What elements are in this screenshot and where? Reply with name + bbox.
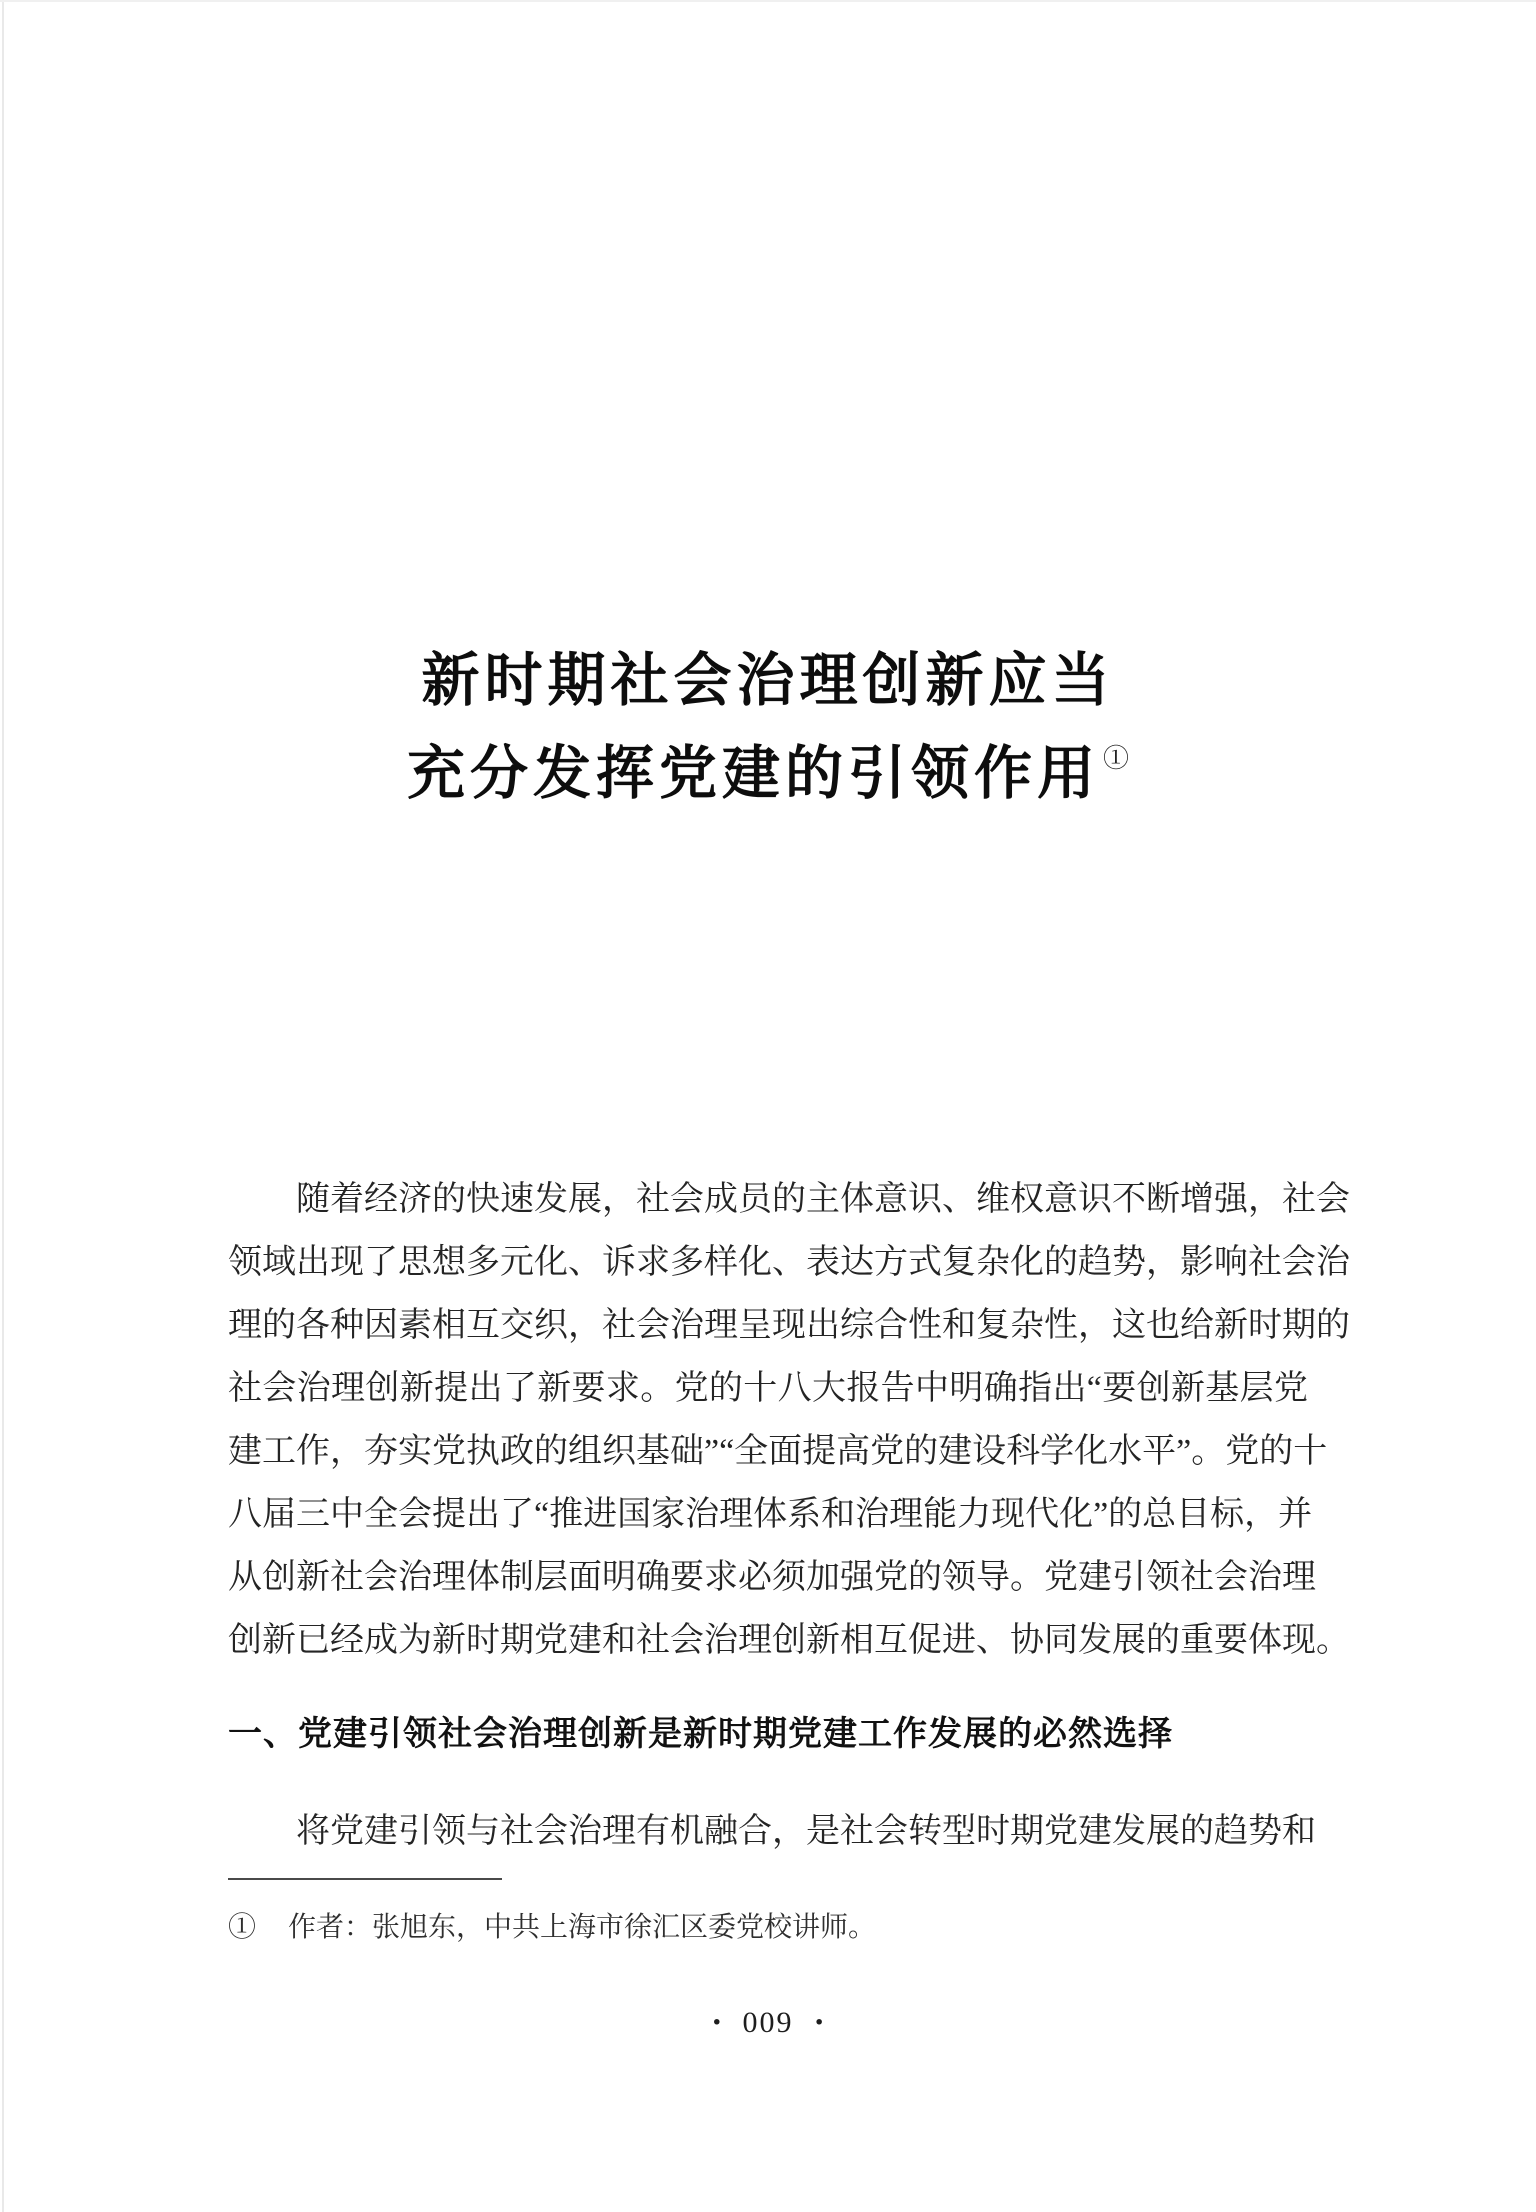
book-page: 新时期社会治理创新应当 充分发挥党建的引领作用① 随着经济的快速发展，社会成员的…: [0, 0, 1536, 2212]
paragraph-line: 随着经济的快速发展，社会成员的主体意识、维权意识不断增强，社会: [228, 1168, 1308, 1231]
paragraph-line: 八届三中全会提出了“推进国家治理体系和治理能力现代化”的总目标，并: [228, 1483, 1308, 1546]
chapter-title-line-2: 充分发挥党建的引领作用①: [0, 727, 1536, 831]
chapter-title-line-1: 新时期社会治理创新应当: [0, 634, 1536, 727]
paragraph-line: 领域出现了思想多元化、诉求多样化、表达方式复杂化的趋势，影响社会治: [228, 1231, 1308, 1294]
paragraph-line: 建工作，夯实党执政的组织基础”“全面提高党的建设科学化水平”。党的十: [228, 1420, 1308, 1483]
page-number-value: 009: [743, 2006, 794, 2039]
paragraph-line: 从创新社会治理体制层面明确要求必须加强党的领导。党建引领社会治理: [228, 1546, 1308, 1609]
footnote-text: 作者：张旭东，中共上海市徐汇区委党校讲师。: [288, 1912, 876, 1943]
paragraph-line: 社会治理创新提出了新要求。党的十八大报告中明确指出“要创新基层党: [228, 1357, 1308, 1420]
footnote: ①作者：张旭东，中共上海市徐汇区委党校讲师。: [228, 1906, 1308, 1950]
chapter-title-line-2-text: 充分发挥党建的引领作用: [407, 741, 1100, 806]
footnote-reference-marker: ①: [1103, 744, 1129, 773]
page-number-dot-left: ·: [711, 2004, 722, 2041]
page-edge-top: [0, 0, 1536, 2]
footnote-divider: [228, 1878, 502, 1880]
paragraph-2: 将党建引领与社会治理有机融合，是社会转型时期党建发展的趋势和: [228, 1800, 1308, 1863]
chapter-title: 新时期社会治理创新应当 充分发挥党建的引领作用①: [0, 634, 1536, 831]
page-edge-left: [2, 0, 4, 2212]
section-heading: 一、党建引领社会治理创新是新时期党建工作发展的必然选择: [228, 1708, 1308, 1760]
paragraph-line: 将党建引领与社会治理有机融合，是社会转型时期党建发展的趋势和: [228, 1800, 1308, 1863]
paragraph-line: 理的各种因素相互交织，社会治理呈现出综合性和复杂性，这也给新时期的: [228, 1294, 1308, 1357]
footnote-marker: ①: [228, 1912, 256, 1943]
page-number-dot-right: ·: [814, 2004, 825, 2041]
paragraph-line: 创新已经成为新时期党建和社会治理创新相互促进、协同发展的重要体现。: [228, 1609, 1308, 1672]
paragraph-1: 随着经济的快速发展，社会成员的主体意识、维权意识不断增强，社会 领域出现了思想多…: [228, 1168, 1308, 1672]
page-number: ·009·: [0, 2000, 1536, 2045]
